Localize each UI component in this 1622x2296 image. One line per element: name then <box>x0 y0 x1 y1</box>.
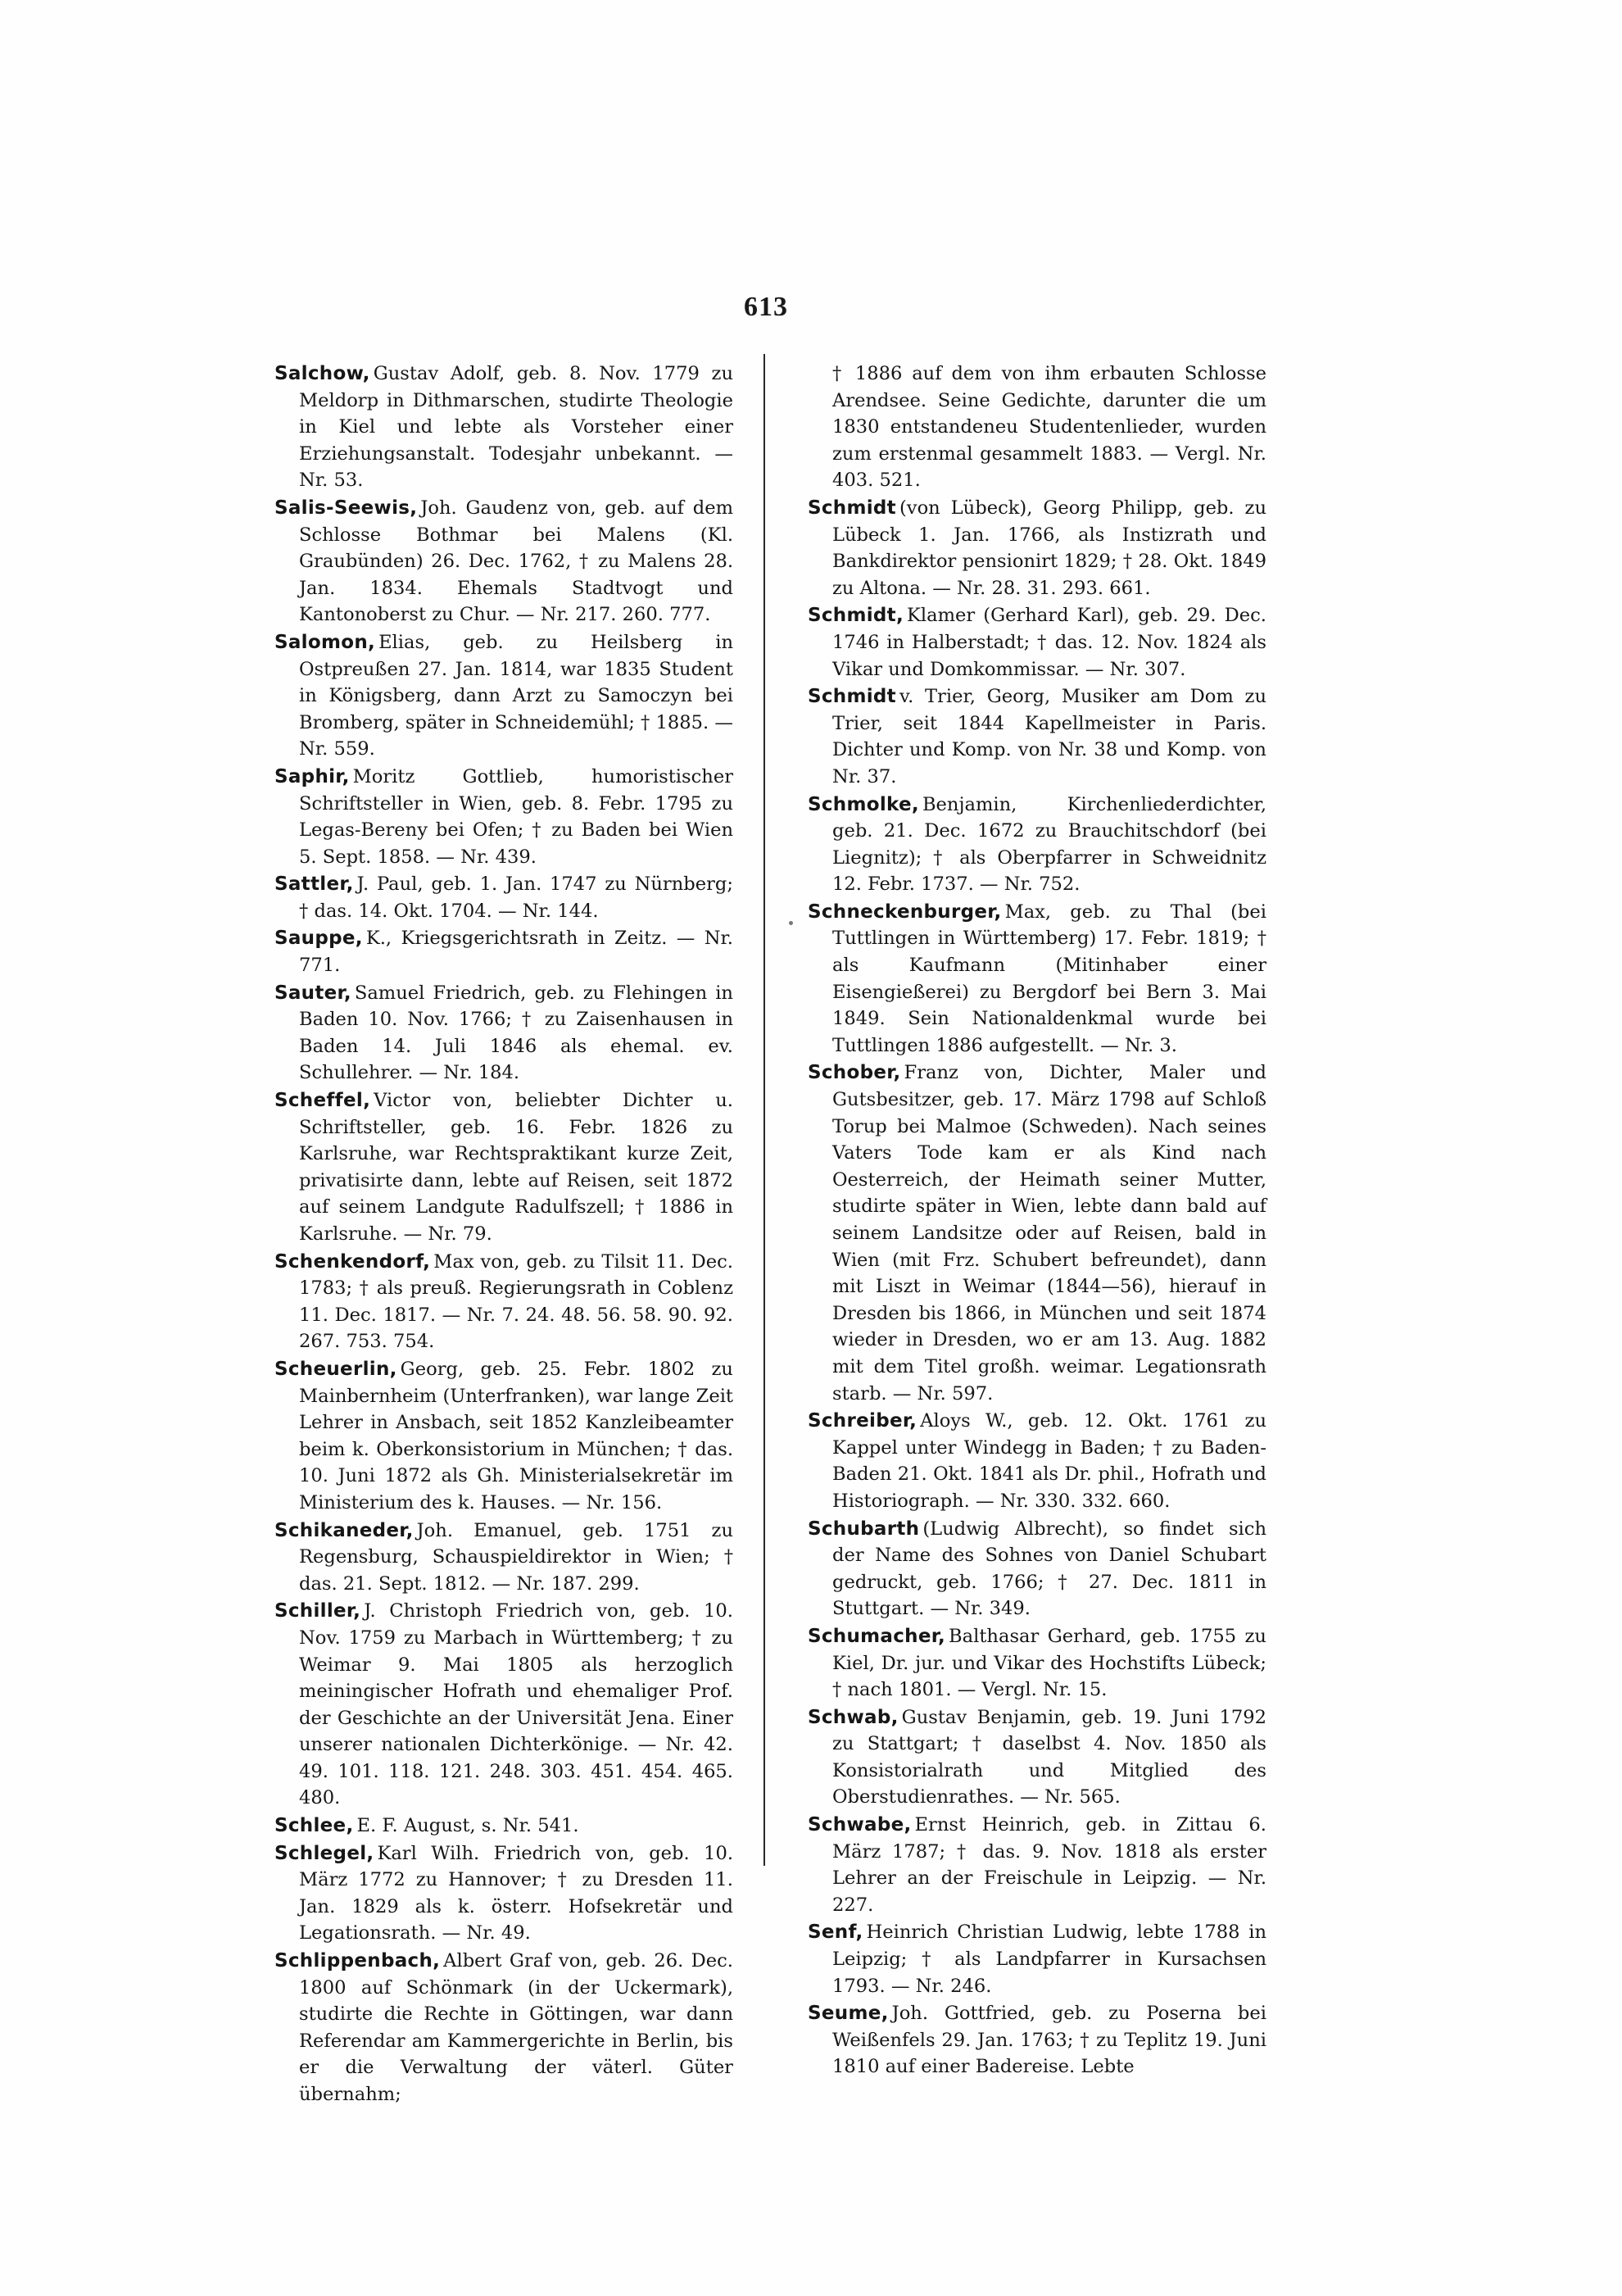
dictionary-entry: Schmidtv. Trier, Georg, Musiker am Dom z… <box>808 683 1266 790</box>
dictionary-entry: Senf,Heinrich Christian Ludwig, lebte 17… <box>808 1919 1266 1999</box>
dictionary-entry: Sauter,Samuel Friedrich, geb. zu Flehing… <box>274 980 733 1087</box>
dictionary-entry: Salchow,Gustav Adolf, geb. 8. Nov. 1779 … <box>274 361 733 494</box>
dictionary-entry: Schober,Franz von, Dichter, Maler und Gu… <box>808 1060 1266 1407</box>
entry-headword: Schumacher, <box>808 1626 945 1647</box>
entry-text: Georg, geb. 25. Febr. 1802 zu Mainbernhe… <box>299 1359 733 1513</box>
right-column: † 1886 auf dem von ihm erbauten Schlosse… <box>808 361 1266 2081</box>
entry-text: E. F. August, s. Nr. 541. <box>357 1815 579 1836</box>
entry-text: Samuel Friedrich, geb. zu Flehingen in B… <box>299 982 733 1084</box>
dictionary-entry: † 1886 auf dem von ihm erbauten Schlosse… <box>808 361 1266 494</box>
entry-headword: Schwabe, <box>808 1814 912 1835</box>
entry-headword: Schikaneder, <box>274 1520 414 1541</box>
dictionary-entry: Schmolke,Benjamin, Kirchenliederdichter,… <box>808 792 1266 898</box>
entry-text: Moritz Gottlieb, humoristischer Schrifts… <box>299 766 733 868</box>
entry-text: Victor von, beliebter Dichter u. Schrift… <box>299 1090 733 1245</box>
entry-headword: Sauppe, <box>274 928 363 949</box>
entry-text: † 1886 auf dem von ihm erbauten Schlosse… <box>832 363 1266 491</box>
entry-text: Heinrich Christian Ludwig, lebte 1788 in… <box>832 1922 1266 1996</box>
dictionary-entry: Salomon,Elias, geb. zu Heilsberg in Ostp… <box>274 629 733 763</box>
dictionary-entry: Schubarth(Ludwig Albrecht), so findet si… <box>808 1516 1266 1622</box>
dictionary-entry: Schlegel,Karl Wilh. Friedrich von, geb. … <box>274 1840 733 1947</box>
entry-headword: Schlippenbach, <box>274 1950 440 1972</box>
dictionary-entry: Schiller,J. Christoph Friedrich von, geb… <box>274 1598 733 1812</box>
entry-headword: Salomon, <box>274 632 375 653</box>
dictionary-entry: Schmidt(von Lübeck), Georg Philipp, geb.… <box>808 495 1266 601</box>
dictionary-entry: Saphir,Moritz Gottlieb, humoristischer S… <box>274 764 733 870</box>
entry-headword: Schmolke, <box>808 794 919 815</box>
entry-headword: Salis-Seewis, <box>274 497 417 519</box>
entry-headword: Senf, <box>808 1922 863 1943</box>
dictionary-entry: Salis-Seewis,Joh. Gaudenz von, geb. auf … <box>274 495 733 628</box>
entry-headword: Schlee, <box>274 1815 354 1836</box>
entry-headword: Scheuerlin, <box>274 1359 397 1380</box>
dictionary-entry: Schwabe,Ernst Heinrich, geb. in Zittau 6… <box>808 1812 1266 1918</box>
dictionary-entry: Seume,Joh. Gottfried, geb. zu Poserna be… <box>808 2000 1266 2080</box>
scan-speck <box>789 921 793 925</box>
dictionary-entry: Schreiber,Aloys W., geb. 12. Okt. 1761 z… <box>808 1408 1266 1514</box>
dictionary-entry: Scheffel,Victor von, beliebter Dichter u… <box>274 1087 733 1248</box>
entry-text: Joh. Gottfried, geb. zu Poserna bei Weiß… <box>832 2003 1266 2077</box>
dictionary-entry: Sattler,J. Paul, geb. 1. Jan. 1747 zu Nü… <box>274 871 733 924</box>
entry-headword: Schwab, <box>808 1707 899 1728</box>
entry-headword: Schmidt <box>808 686 896 707</box>
entry-headword: Sauter, <box>274 982 351 1004</box>
dictionary-entry: Schwab,Gustav Benjamin, geb. 19. Juni 17… <box>808 1704 1266 1811</box>
column-divider <box>763 354 765 1866</box>
entry-headword: Seume, <box>808 2003 889 2024</box>
entry-headword: Schubarth <box>808 1518 919 1540</box>
scanned-page: 613 Salchow,Gustav Adolf, geb. 8. Nov. 1… <box>0 0 1622 2296</box>
entry-headword: Schreiber, <box>808 1410 917 1432</box>
entry-headword: Schiller, <box>274 1600 360 1622</box>
entry-text: Max, geb. zu Thal (bei Tuttlingen in Wür… <box>832 901 1266 1056</box>
dictionary-entry: Schikaneder,Joh. Emanuel, geb. 1751 zu R… <box>274 1518 733 1598</box>
entry-text: (von Lübeck), Georg Philipp, geb. zu Lüb… <box>832 497 1266 599</box>
dictionary-entry: Schlee,E. F. August, s. Nr. 541. <box>274 1813 733 1840</box>
entry-text: Franz von, Dichter, Maler und Gutsbesitz… <box>832 1062 1266 1404</box>
entry-headword: Schmidt, <box>808 605 904 626</box>
entry-headword: Schlegel, <box>274 1843 374 1864</box>
entry-headword: Salchow, <box>274 363 370 384</box>
left-column: Salchow,Gustav Adolf, geb. 8. Nov. 1779 … <box>274 361 733 2109</box>
dictionary-entry: Schmidt,Klamer (Gerhard Karl), geb. 29. … <box>808 602 1266 683</box>
page-number: 613 <box>733 292 799 323</box>
entry-text: v. Trier, Georg, Musiker am Dom zu Trier… <box>832 686 1266 787</box>
entry-headword: Scheffel, <box>274 1090 370 1111</box>
entry-headword: Sattler, <box>274 873 354 895</box>
entry-headword: Saphir, <box>274 766 350 787</box>
dictionary-entry: Schneckenburger,Max, geb. zu Thal (bei T… <box>808 899 1266 1060</box>
dictionary-entry: Schumacher,Balthasar Gerhard, geb. 1755 … <box>808 1623 1266 1704</box>
entry-headword: Schneckenburger, <box>808 901 1002 923</box>
entry-headword: Schober, <box>808 1062 901 1083</box>
dictionary-entry: Schlippenbach,Albert Graf von, geb. 26. … <box>274 1948 733 2108</box>
entry-text: K., Kriegsgerichtsrath in Zeitz. — Nr. 7… <box>299 928 733 976</box>
entry-headword: Schmidt <box>808 497 896 519</box>
dictionary-entry: Sauppe,K., Kriegsgerichtsrath in Zeitz. … <box>274 925 733 978</box>
entry-text: J. Paul, geb. 1. Jan. 1747 zu Nürnberg; … <box>299 873 733 922</box>
dictionary-entry: Scheuerlin,Georg, geb. 25. Febr. 1802 zu… <box>274 1356 733 1517</box>
entry-headword: Schenkendorf, <box>274 1251 430 1273</box>
dictionary-entry: Schenkendorf,Max von, geb. zu Tilsit 11.… <box>274 1249 733 1355</box>
entry-text: Albert Graf von, geb. 26. Dec. 1800 auf … <box>299 1950 733 2105</box>
entry-text: J. Christoph Friedrich von, geb. 10. Nov… <box>299 1600 733 1808</box>
